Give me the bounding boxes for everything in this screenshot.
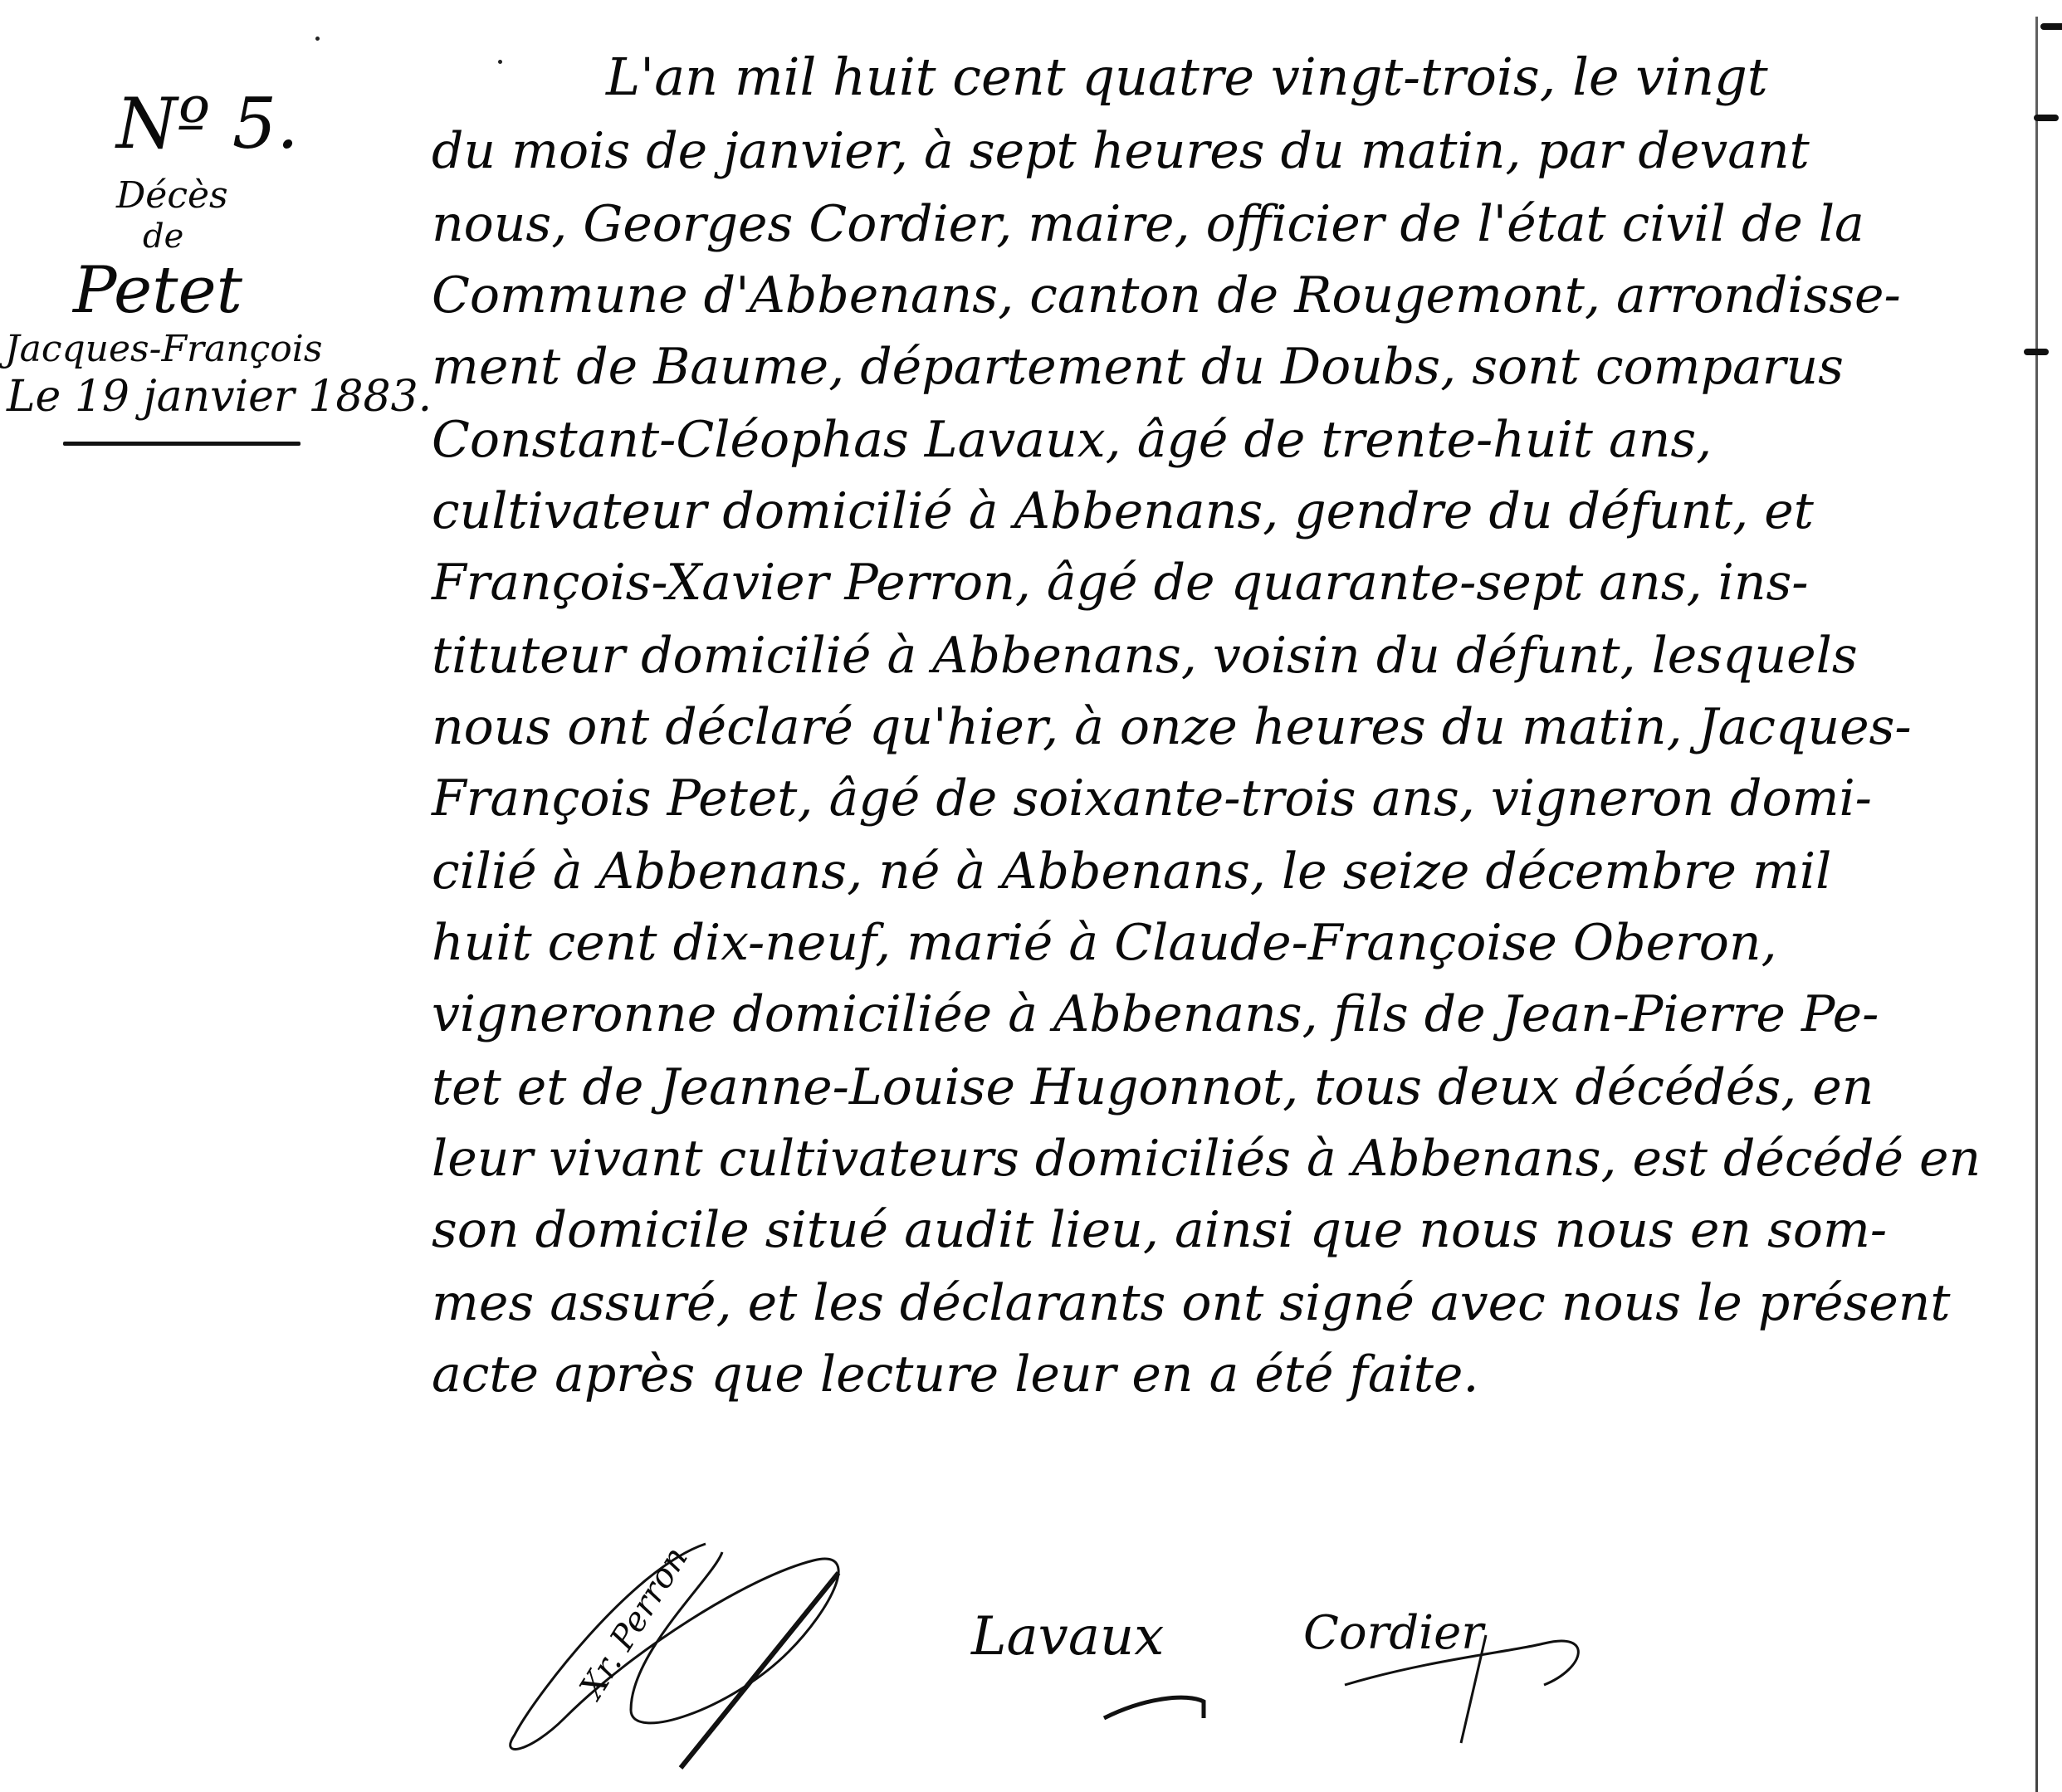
register-page: Nº 5. Décès de Petet Jacques-François Le…	[0, 0, 2062, 1792]
ink-speck	[315, 37, 320, 41]
signature-flourishes	[0, 0, 2062, 1792]
binding-mark	[2034, 115, 2059, 121]
signature-cordier: Cordier	[1303, 1606, 1483, 1660]
signature-lavaux: Lavaux	[971, 1606, 1164, 1667]
binding-mark	[2040, 23, 2062, 30]
ink-speck	[498, 60, 502, 64]
binding-mark	[2024, 349, 2049, 355]
right-margin-rule	[2035, 17, 2038, 1792]
